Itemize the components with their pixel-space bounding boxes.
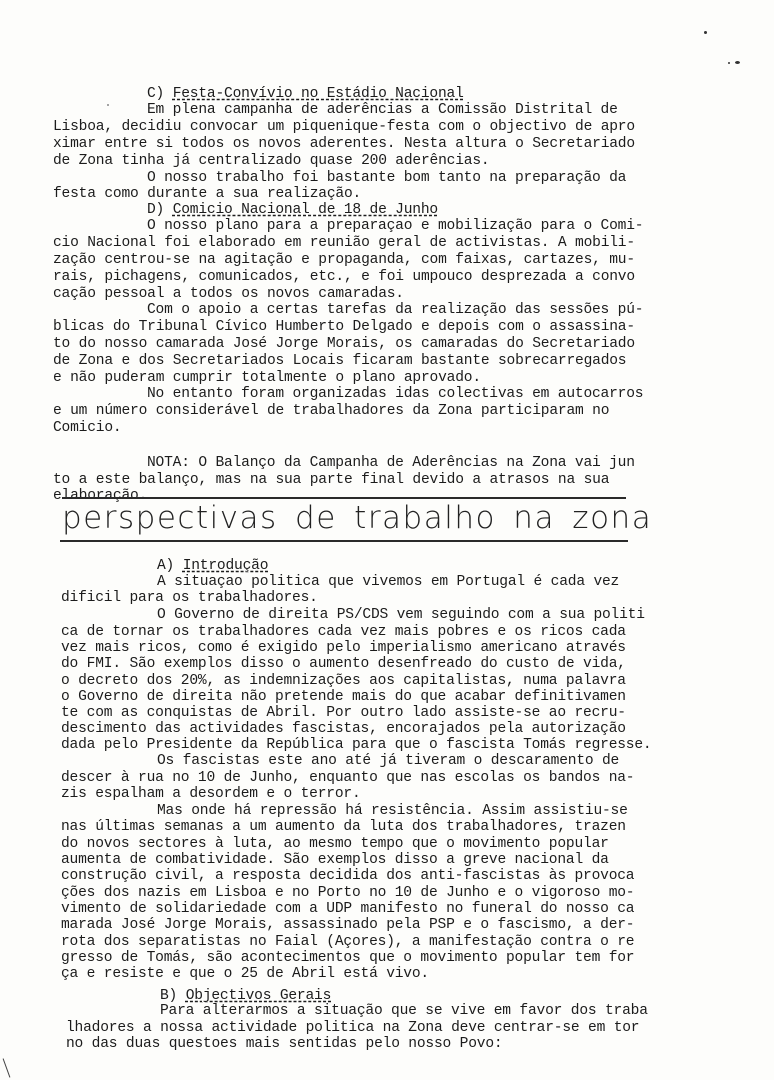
text-line: e um número considerável de trabalhadore…	[53, 403, 609, 419]
text-line: descimento das actividades fascistas, en…	[61, 721, 626, 737]
text-line: o decreto dos 20%, as indemnizações aos …	[61, 673, 626, 689]
scan-speck	[704, 31, 707, 34]
text-line: do FMI. São exemplos disso o aumento des…	[61, 656, 626, 672]
text-line: e não puderam cumprir totalmente o plano…	[53, 370, 481, 386]
text-line: o Governo de direita não pretende mais d…	[61, 689, 626, 705]
text-line: do novos sectores à luta, ao mesmo tempo…	[61, 836, 609, 852]
section-d-title: Comicio Nacional de 18 de Junho	[173, 202, 438, 218]
title-bottom-rule	[60, 540, 628, 542]
text-line: Mas onde há repressão há resistência. As…	[157, 803, 628, 819]
text-line: to do nosso camarada José Jorge Morais, …	[53, 336, 635, 352]
text-line: zação centrou-se na agitação e propagand…	[53, 252, 635, 268]
text-line: vimento de solidariedade com a UDP manif…	[61, 901, 634, 917]
text-line: ca de tornar os trabalhadores cada vez m…	[61, 624, 626, 640]
text-line: ximar entre si todos os novos aderentes.…	[53, 136, 635, 152]
text-line: te com as conquistas de Abril. Por outro…	[61, 705, 626, 721]
section-a-prefix: A)	[157, 558, 183, 574]
text-line: dificil para os trabalhadores.	[61, 590, 318, 606]
text-line: Com o apoio a certas tarefas da realizaç…	[147, 302, 643, 318]
section-b-title: Objectivos Gerais	[186, 988, 331, 1004]
nota-line: NOTA: O Balanço da Campanha de Aderência…	[147, 455, 635, 471]
text-line: O nosso trabalho foi bastante bom tanto …	[147, 170, 626, 186]
text-line: dada pelo Presidente da República para q…	[61, 737, 651, 753]
text-line: de Zona tinha já centralizado quase 200 …	[53, 153, 489, 169]
text-line: construção civil, a resposta decidida do…	[61, 868, 634, 884]
text-line: Lisboa, decidiu convocar um piquenique-f…	[53, 119, 635, 135]
text-line: blicas do Tribunal Cívico Humberto Delga…	[53, 319, 635, 335]
text-line: festa como durante a sua realização.	[53, 186, 361, 202]
section-title: perspectivas de trabalho na zona	[62, 500, 652, 536]
text-line: rais, pichagens, comunicados, etc., e fo…	[53, 269, 635, 285]
title-top-rule	[62, 497, 626, 499]
text-line: aumenta de combatividade. São exemplos d…	[61, 852, 609, 868]
section-d-prefix: D)	[147, 202, 173, 218]
section-c-prefix: C)	[147, 86, 173, 102]
text-line: Em plena campanha de aderências a Comiss…	[147, 102, 618, 118]
text-line: gresso de Tomás, são acontecimentos que …	[61, 950, 634, 966]
section-b-prefix: B)	[160, 988, 186, 1004]
text-line: O nosso plano para a preparaçao e mobili…	[147, 218, 643, 234]
text-line: ções dos nazis em Lisboa e no Porto no 1…	[61, 885, 634, 901]
text-line: rota dos separatistas no Faial (Açores),…	[61, 934, 634, 950]
text-line: ça e resiste e que o 25 de Abril está vi…	[61, 966, 429, 982]
section-a-title: Introdução	[183, 558, 269, 574]
text-line: cação pessoal a todos os novos camaradas…	[53, 286, 404, 302]
text-line: cio Nacional foi elaborado em reunião ge…	[53, 235, 635, 251]
text-line: A situaçao politica que vivemos em Portu…	[157, 574, 619, 590]
scan-speck	[728, 62, 730, 64]
text-line: descer à rua no 10 de Junho, enquanto qu…	[61, 770, 634, 786]
text-line: nas últimas semanas a um aumento da luta…	[61, 819, 626, 835]
text-line: marada José Jorge Morais, assassinado pe…	[61, 917, 634, 933]
text-line: lhadores a nossa actividade politica na …	[66, 1020, 639, 1036]
scanned-document-page: C) Festa-Convívio no Estádio Nacional Em…	[0, 0, 774, 1080]
text-line: Comicio.	[53, 420, 121, 436]
text-line: vez mais ricos, como é exigido pelo impe…	[61, 640, 626, 656]
nota-line: to a este balanço, mas na sua parte fina…	[53, 472, 609, 488]
text-line: zis espalham a desordem e o terror.	[61, 786, 361, 802]
text-line: Para alterarmos a situação que se vive e…	[160, 1003, 648, 1019]
scan-speck	[107, 104, 109, 106]
section-c-title: Festa-Convívio no Estádio Nacional	[173, 86, 464, 102]
section-d-heading: D) Comicio Nacional de 18 de Junho	[147, 202, 438, 218]
text-line: Os fascistas este ano até já tiveram o d…	[157, 753, 619, 769]
scan-speck	[735, 61, 740, 64]
section-b-heading: B) Objectivos Gerais	[160, 988, 331, 1004]
section-c-heading: C) Festa-Convívio no Estádio Nacional	[147, 86, 464, 102]
text-line: no das duas questoes mais sentidas pelo …	[66, 1036, 502, 1052]
section-a-heading: A) Introdução	[157, 558, 268, 574]
scan-edge-mark	[3, 1058, 11, 1077]
text-line: de Zona e dos Secretariados Locais ficar…	[53, 353, 626, 369]
text-line: No entanto foram organizadas idas colect…	[147, 386, 643, 402]
text-line: O Governo de direita PS/CDS vem seguindo…	[157, 607, 645, 623]
